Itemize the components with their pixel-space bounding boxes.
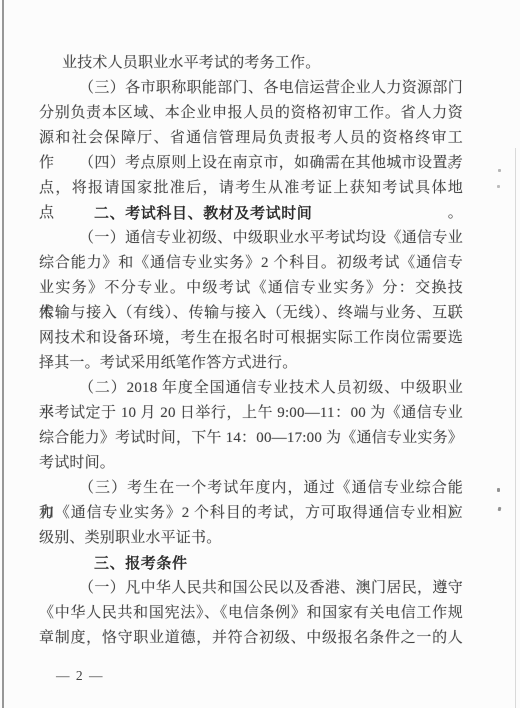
text-line: 考试时间。 bbox=[39, 451, 463, 476]
text-line: 业实务》不分专业。中级考试《通信专业实务》分：交换技术、 bbox=[39, 276, 463, 301]
text-line: 级别、类别职业水平证书。 bbox=[39, 526, 463, 551]
text-line: 传输与接入（有线）、传输与接入（无线）、终端与业务、互联 bbox=[39, 301, 463, 326]
text-line: （二）2018 年度全国通信专业技术人员初级、中级职业水 bbox=[39, 376, 463, 401]
document-page: 业技术人员职业水平考试的考务工作。（三）各市职称职能部门、各电信运营企业人力资源… bbox=[0, 0, 520, 708]
scan-speck bbox=[497, 185, 500, 188]
text-line: （四）考点原则上设在南京市，如确需在其他城市设置考 bbox=[39, 151, 463, 176]
text-line: 分别负责本区域、本企业申报人员的资格初审工作。省人力资 bbox=[39, 101, 463, 126]
document-body: 业技术人员职业水平考试的考务工作。（三）各市职称职能部门、各电信运营企业人力资源… bbox=[39, 51, 463, 651]
section-heading: 三、报考条件 bbox=[39, 551, 463, 576]
text-line: 择其一。考试采用纸笔作答方式进行。 bbox=[39, 351, 463, 376]
text-line: 和《通信专业实务》2 个科目的考试，方可取得通信专业相应 bbox=[39, 501, 463, 526]
text-line: 源和社会保障厅、省通信管理局负责报考人员的资格终审工作。 bbox=[39, 126, 463, 151]
scan-edge-line-right bbox=[515, 148, 516, 708]
text-line: 业技术人员职业水平考试的考务工作。 bbox=[39, 51, 463, 76]
scan-speck bbox=[498, 507, 502, 512]
text-line: 网技术和设备环境，考生在报名时可根据实际工作岗位需要选 bbox=[39, 326, 463, 351]
text-line: 《中华人民共和国宪法》、《电信条例》和国家有关电信工作规 bbox=[39, 601, 463, 626]
text-line: 平考试定于 10 月 20 日举行，上午 9:00—11：00 为《通信专业 bbox=[39, 401, 463, 426]
text-line: 点，将报请国家批准后，请考生从准考证上获知考试具体地点。 bbox=[39, 176, 463, 201]
scan-speck bbox=[498, 169, 501, 172]
text-line: （一）凡中华人民共和国公民以及香港、澳门居民，遵守 bbox=[39, 576, 463, 601]
text-line: （一）通信专业初级、中级职业水平考试均设《通信专业 bbox=[39, 226, 463, 251]
scan-edge-line-left bbox=[2, 0, 4, 708]
text-line: （三）考生在一个考试年度内，通过《通信专业综合能力》 bbox=[39, 476, 463, 501]
text-line: 章制度，恪守职业道德，并符合初级、中级报名条件之一的人 bbox=[39, 626, 463, 651]
text-line: 综合能力》考试时间，下午 14：00—17:00 为《通信专业实务》 bbox=[39, 426, 463, 451]
page-number: — 2 — bbox=[56, 666, 104, 686]
scan-speck bbox=[497, 488, 500, 492]
text-line: （三）各市职称职能部门、各电信运营企业人力资源部门 bbox=[39, 76, 463, 101]
text-line: 综合能力》和《通信专业实务》2 个科目。初级考试《通信专 bbox=[39, 251, 463, 276]
